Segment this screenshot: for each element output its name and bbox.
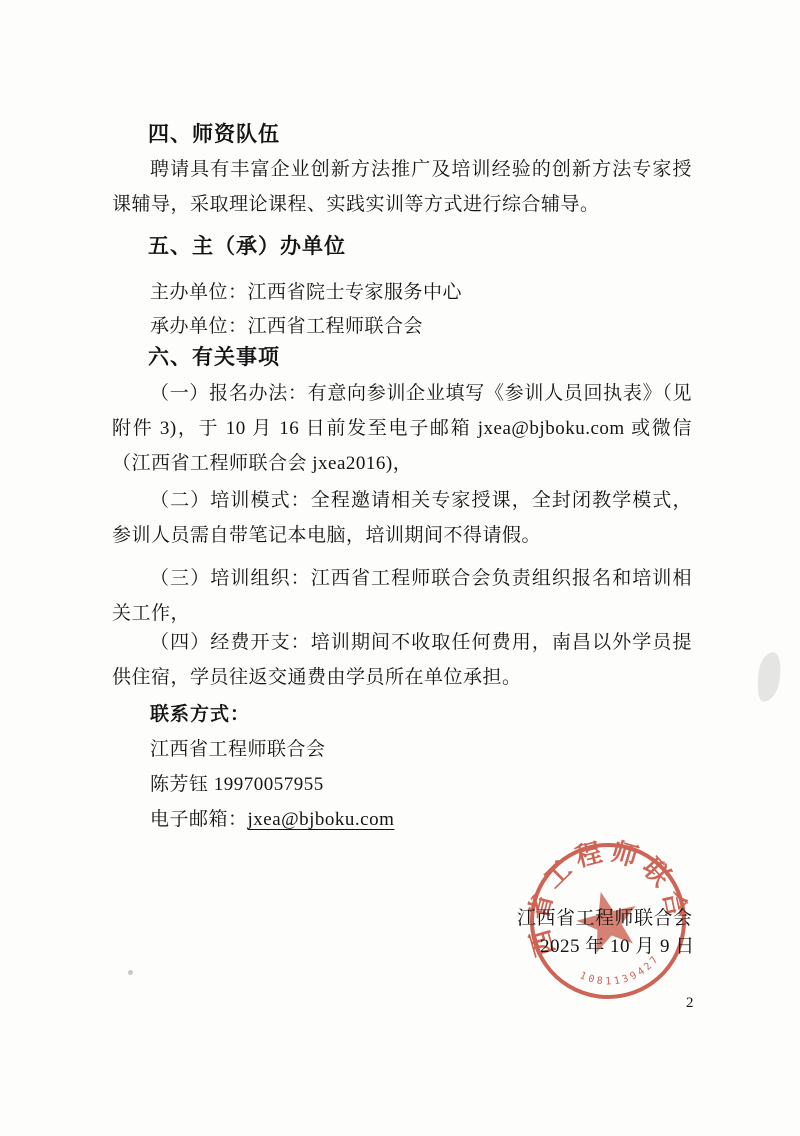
contact-heading: 联系方式： (112, 697, 692, 732)
matter-item-training-mode: （二）培训模式：全程邀请相关专家授课，全封闭教学模式，参训人员需自带笔记本电脑，… (112, 483, 692, 553)
matter-item-organization: （三）培训组织：江西省工程师联合会负责组织报名和培训相关工作， (112, 561, 692, 631)
document-body: 四、师资队伍 聘请具有丰富企业创新方法推广及培训经验的创新方法专家授课辅导，采取… (112, 0, 692, 837)
section-heading-teachers: 四、师资队伍 (112, 120, 692, 150)
organizer-unit-line: 承办单位：江西省工程师联合会 (112, 309, 692, 344)
scan-speck-artifact (128, 970, 133, 975)
matter-item-expenses: （四）经费开支：培训期间不收取任何费用，南昌以外学员提供住宿，学员往返交通费由学… (112, 625, 692, 695)
contact-organization: 江西省工程师联合会 (112, 732, 692, 767)
signature-date: 2025 年 10 月 9 日 (540, 931, 695, 958)
paragraph-teachers: 聘请具有丰富企业创新方法推广及培训经验的创新方法专家授课辅导，采取理论课程、实践… (112, 152, 692, 222)
contact-person-phone: 陈芳钰 19970057955 (112, 767, 692, 802)
signature-organization: 江西省工程师联合会 (517, 903, 693, 930)
scanned-document-page: 四、师资队伍 聘请具有丰富企业创新方法推广及培训经验的创新方法专家授课辅导，采取… (0, 0, 800, 1136)
section-heading-matters: 六、有关事项 (112, 343, 692, 373)
contact-email-address: jxea@bjboku.com (248, 809, 395, 830)
contact-email-label: 电子邮箱： (150, 809, 248, 830)
host-unit-line: 主办单位：江西省院士专家服务中心 (112, 275, 692, 310)
scan-smudge-artifact (754, 651, 784, 704)
matter-item-registration: （一）报名办法：有意向参训企业填写《参训人员回执表》（见附件 3)，于 10 月… (112, 376, 692, 481)
page-number: 2 (686, 995, 694, 1012)
section-heading-organizers: 五、主（承）办单位 (112, 232, 692, 262)
